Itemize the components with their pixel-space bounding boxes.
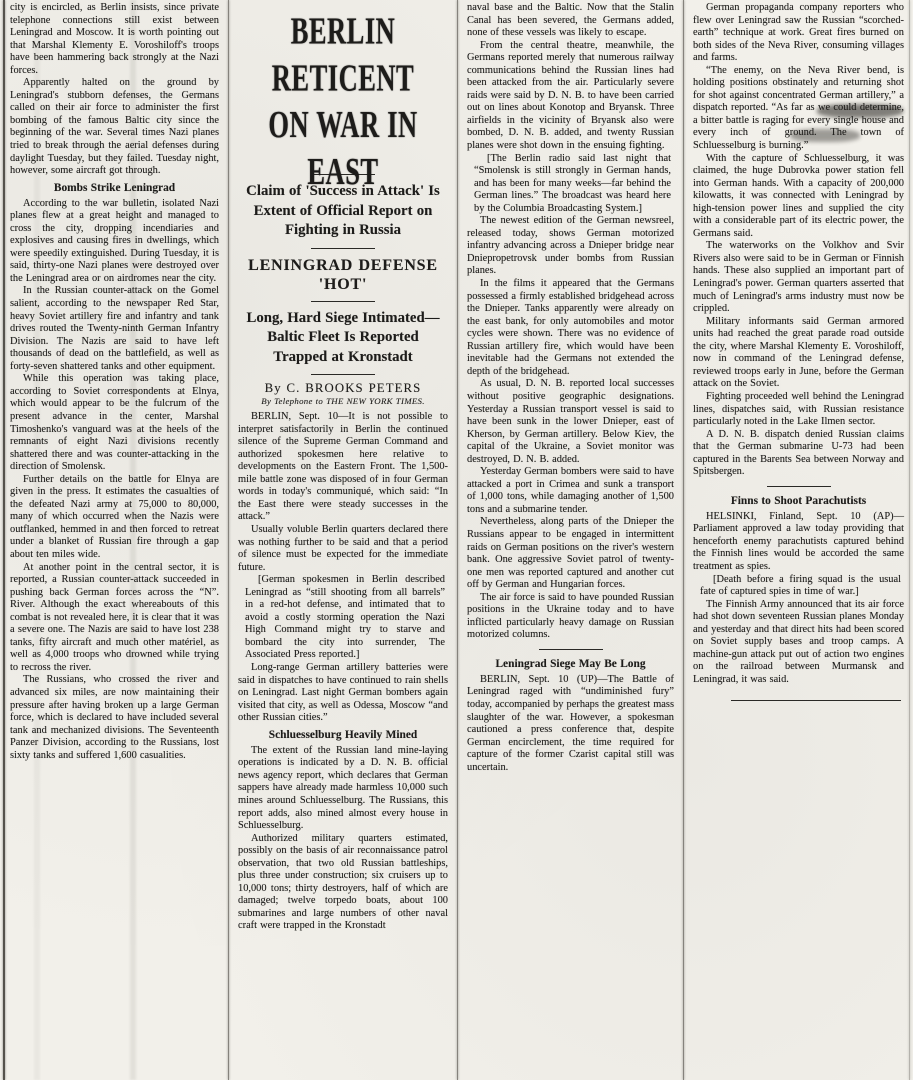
section-subhead: Leningrad Siege May Be Long: [467, 657, 674, 671]
newspaper-page: city is encircled, as Berlin insists, si…: [0, 0, 913, 1080]
body-paragraph: Yesterday German bombers were said to ha…: [467, 466, 674, 516]
section-subhead: Finns to Shoot Parachutists: [693, 494, 904, 508]
body-paragraph: The newest edition of the German newsree…: [467, 215, 674, 278]
body-paragraph: Military informants said German armored …: [693, 316, 904, 391]
right-edge-rule: [909, 0, 910, 1080]
body-paragraph: In the Russian counter-attack on the Gom…: [10, 285, 219, 373]
column-3: naval base and the Baltic. Now that the …: [457, 0, 683, 1080]
body-paragraph: Apparently halted on the ground by Lenin…: [10, 77, 219, 177]
column-divider-rule: [457, 0, 458, 1080]
byline-telephone-note: By Telephone to THE NEW YORK TIMES.: [238, 395, 448, 408]
body-paragraph: Further details on the battle for Elnya …: [10, 474, 219, 562]
divider-rule: [311, 374, 375, 375]
scan-artifact: [34, 0, 40, 1080]
body-paragraph: From the central theatre, meanwhile, the…: [467, 40, 674, 153]
bracketed-paragraph: [The Berlin radio said last night that “…: [467, 153, 674, 216]
end-rule: [731, 700, 901, 701]
left-edge-rule: [3, 0, 5, 1080]
body-paragraph: With the capture of Schluesselburg, it w…: [693, 153, 904, 241]
body-paragraph: At another point in the central sector, …: [10, 562, 219, 675]
body-paragraph: Fighting proceeded well behind the Lenin…: [693, 391, 904, 429]
column-divider-rule: [228, 0, 229, 1080]
column-4: German propaganda company reporters who …: [683, 0, 913, 1080]
body-paragraph-continued: naval base and the Baltic. Now that the …: [467, 2, 674, 40]
body-paragraph: In the films it appeared that the German…: [467, 278, 674, 378]
body-paragraph: The extent of the Russian land mine-layi…: [238, 745, 448, 833]
body-paragraph: Usually voluble Berlin quarters declared…: [238, 524, 448, 574]
bracketed-paragraph: [Death before a firing squad is the usua…: [693, 574, 904, 599]
divider-rule: [311, 248, 375, 249]
body-paragraph: BERLIN, Sept. 10—It is not possible to i…: [238, 411, 448, 524]
newspaper-scan: { "article": { "headline": "BERLIN RETIC…: [0, 0, 913, 1080]
body-paragraph: The air force is said to have pounded Ru…: [467, 592, 674, 642]
ink-smudge: [790, 129, 860, 142]
column-2-headline: BERLIN RETICENT ON WAR IN EASTClaim of '…: [228, 0, 457, 1080]
body-paragraph: BERLIN, Sept. 10 (UP)—The Battle of Leni…: [467, 674, 674, 774]
scan-artifact: [130, 0, 136, 1080]
section-subhead: Bombs Strike Leningrad: [10, 181, 219, 195]
body-paragraph: German propaganda company reporters who …: [693, 2, 904, 65]
body-paragraph: The Finnish Army announced that its air …: [693, 599, 904, 687]
body-paragraph: As usual, D. N. B. reported local succes…: [467, 378, 674, 466]
body-paragraph: The waterworks on the Volkhov and Svir R…: [693, 240, 904, 315]
byline: By C. BROOKS PETERS: [238, 382, 448, 395]
section-subhead: Schluesselburg Heavily Mined: [238, 728, 448, 742]
bracketed-paragraph: [German spokesmen in Berlin described Le…: [238, 574, 448, 662]
main-headline: BERLIN RETICENT ON WAR IN EAST: [238, 8, 448, 195]
divider-rule: [311, 301, 375, 302]
deck-headline: Long, Hard Siege Intimated— Baltic Fleet…: [238, 309, 448, 368]
body-paragraph: Authorized military quarters estimated, …: [238, 833, 448, 933]
body-paragraph: Long-range German artillery batteries we…: [238, 662, 448, 725]
column-divider-rule: [683, 0, 684, 1080]
divider-rule: [539, 649, 603, 650]
body-paragraph: Nevertheless, along parts of the Dnieper…: [467, 516, 674, 591]
deck-headline-caps: LENINGRAD DEFENSE 'HOT': [238, 256, 448, 294]
ink-smudge: [817, 104, 903, 118]
body-paragraph-continued: city is encircled, as Berlin insists, si…: [10, 2, 219, 77]
divider-rule: [767, 486, 831, 487]
body-paragraph: According to the war bulletin, isolated …: [10, 198, 219, 286]
body-paragraph: A D. N. B. dispatch denied Russian claim…: [693, 429, 904, 479]
body-paragraph: The Russians, who crossed the river and …: [10, 674, 219, 762]
body-paragraph: While this operation was taking place, a…: [10, 373, 219, 473]
body-paragraph: HELSINKI, Finland, Sept. 10 (AP)—Parliam…: [693, 511, 904, 574]
